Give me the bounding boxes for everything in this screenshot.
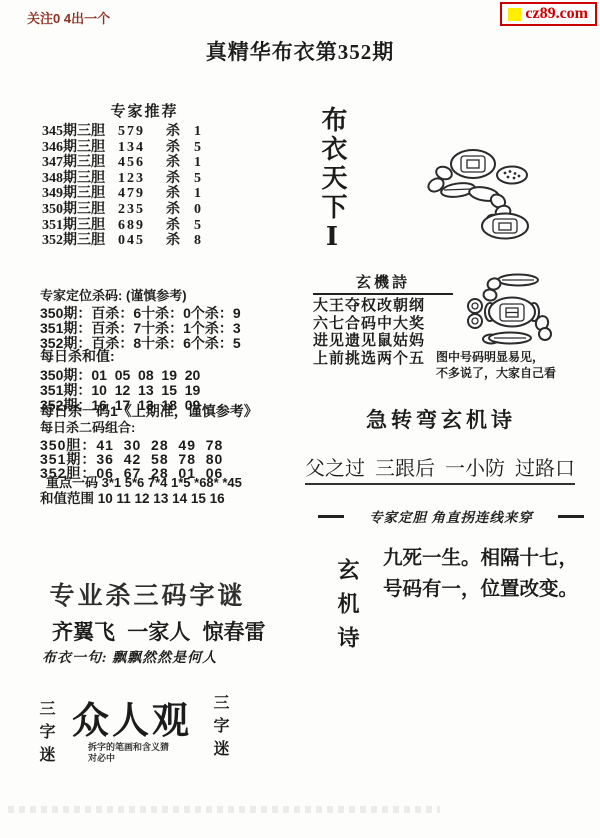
faint-footer-smudge (8, 806, 440, 813)
site-logo[interactable]: cz89.com (500, 2, 597, 26)
xuanji-vertical-label: 玄机诗 (332, 558, 363, 678)
lottery-tip-sheet: 关注0 4出一个 cz89.com 真精华布衣第352期 专家推荐 345期三胆… (0, 0, 600, 838)
page-title: 真精华布衣第352期 (0, 36, 600, 66)
table-row: 350期三胆 235 杀 0 (42, 202, 247, 218)
daily-kill-two-title: 每日杀二码组合: (40, 417, 223, 436)
row-numbers: 235 (118, 202, 166, 218)
coin-caption: 图中号码明显易见， 不多说了，大家自己看 (436, 349, 556, 381)
divider-dash-icon (318, 515, 344, 518)
buyi-one-sentence: 布衣一句: 飘飘然然是何人 (42, 647, 217, 667)
row-numbers: 456 (118, 155, 166, 171)
xuanji-poem-line: 上前挑选两个五 (313, 351, 453, 369)
row-period: 348期三胆 (42, 171, 118, 187)
three-char-riddle-note-line: 对必中 (88, 753, 169, 764)
divider-dash-icon (558, 515, 584, 518)
row-kill-value: 1 (194, 124, 210, 140)
coin-string-illustration-1 (408, 128, 543, 240)
expert-dan-poem: 九死一生。相隔十七， 号码有一，位置改变。 (383, 543, 578, 605)
row-period: 352期三胆 (42, 233, 118, 249)
buyi-tianxia-vertical-title: 布衣天下Ⅰ (314, 106, 351, 256)
sharp-turn-poem-line: 父之过 三跟后 一小防 过路口 (305, 452, 575, 485)
three-code-riddle-line: 齐翼飞 一家人 惊春雷 (52, 616, 266, 646)
row-period: 351期三胆 (42, 218, 118, 234)
three-char-riddle-note: 拆字的笔画和含义猜 对必中 (88, 742, 169, 764)
expert-recommend-section: 专家推荐 345期三胆 579 杀 1 346期三胆 134 杀 5 347期三… (42, 100, 247, 249)
sum-range-line: 和值范围 10 11 12 13 14 15 16 (40, 487, 225, 507)
row-numbers: 689 (118, 218, 166, 234)
table-row: 347期三胆 456 杀 1 (42, 155, 247, 171)
expert-dan-poem-line: 号码有一，位置改变。 (383, 574, 578, 605)
coin-caption-line: 图中号码明显易见， (436, 349, 556, 365)
row-kill-label: 杀 (166, 233, 194, 249)
row-kill-label: 杀 (166, 155, 194, 171)
position-kill-row: 351期：百杀：7十杀：1个杀：3 (40, 321, 241, 336)
position-kill-row: 350期：百杀：6十杀：0个杀：9 (40, 306, 241, 321)
three-char-riddle-left-label: 三字迷 (34, 700, 57, 780)
xuanji-poem-section: 玄機詩 大王夺权改朝纲 六七合码中大奖 进见遗见鼠姑妈 上前挑选两个五 (313, 271, 453, 368)
three-code-riddle-title: 专业杀三码字谜 (40, 576, 255, 612)
xuanji-poem-line: 大王夺权改朝纲 (313, 298, 453, 316)
table-row: 348期三胆 123 杀 5 (42, 171, 247, 187)
row-kill-value: 5 (194, 140, 210, 156)
row-kill-label: 杀 (166, 140, 194, 156)
row-period: 350期三胆 (42, 202, 118, 218)
row-kill-label: 杀 (166, 186, 194, 202)
row-kill-label: 杀 (166, 171, 194, 187)
top-left-note: 关注0 4出一个 (27, 8, 110, 27)
xuanji-poem-title: 玄機詩 (313, 271, 453, 295)
row-numbers: 045 (118, 233, 166, 249)
three-char-riddle-right-label: 三字迷 (208, 694, 231, 774)
table-row: 352期三胆 045 杀 8 (42, 233, 247, 249)
daily-kill-sum-row: 350期：01 05 08 19 20 (40, 368, 200, 383)
row-kill-value: 1 (194, 186, 210, 202)
expert-dan-poem-line: 九死一生。相隔十七， (383, 543, 578, 574)
row-kill-label: 杀 (166, 218, 194, 234)
coin-caption-line: 不多说了，大家自己看 (436, 365, 556, 381)
row-kill-value: 5 (194, 218, 210, 234)
row-numbers: 479 (118, 186, 166, 202)
position-kill-title: 专家定位杀码: (谨慎参考) (40, 285, 241, 304)
coin-string-illustration-2 (458, 266, 570, 346)
position-kill-section: 专家定位杀码: (谨慎参考) 350期：百杀：6十杀：0个杀：9 351期：百杀… (40, 285, 241, 352)
three-char-riddle-answer: 众人观 (72, 690, 192, 744)
xuanji-poem-line: 进见遗见鼠姑妈 (313, 333, 453, 351)
logo-text: cz89.com (525, 6, 588, 22)
table-row: 346期三胆 134 杀 5 (42, 140, 247, 156)
expert-recommend-title: 专家推荐 (42, 100, 247, 121)
table-row: 349期三胆 479 杀 1 (42, 186, 247, 202)
row-kill-label: 杀 (166, 202, 194, 218)
table-row: 351期三胆 689 杀 5 (42, 218, 247, 234)
row-kill-value: 5 (194, 171, 210, 187)
sharp-turn-poem-title: 急转弯玄机诗 (310, 404, 572, 434)
three-char-riddle-note-line: 拆字的笔画和含义猜 (88, 742, 169, 753)
daily-kill-sum-title: 每日杀和值: (40, 346, 200, 366)
row-numbers: 579 (118, 124, 166, 140)
daily-kill-sum-row: 351期：10 12 13 15 19 (40, 383, 200, 398)
row-numbers: 123 (118, 171, 166, 187)
row-period: 345期三胆 (42, 124, 118, 140)
row-kill-value: 0 (194, 202, 210, 218)
row-kill-value: 1 (194, 155, 210, 171)
row-period: 346期三胆 (42, 140, 118, 156)
xuanji-poem-line: 六七合码中大奖 (313, 316, 453, 334)
row-numbers: 134 (118, 140, 166, 156)
row-kill-label: 杀 (166, 124, 194, 140)
logo-yellow-square-icon (508, 8, 521, 21)
row-period: 347期三胆 (42, 155, 118, 171)
expert-dan-header-text: 专家定胆 角直拐连线来穿 (369, 506, 533, 526)
table-row: 345期三胆 579 杀 1 (42, 124, 247, 140)
expert-dan-header: 专家定胆 角直拐连线来穿 (318, 506, 584, 526)
row-period: 349期三胆 (42, 186, 118, 202)
row-kill-value: 8 (194, 233, 210, 249)
